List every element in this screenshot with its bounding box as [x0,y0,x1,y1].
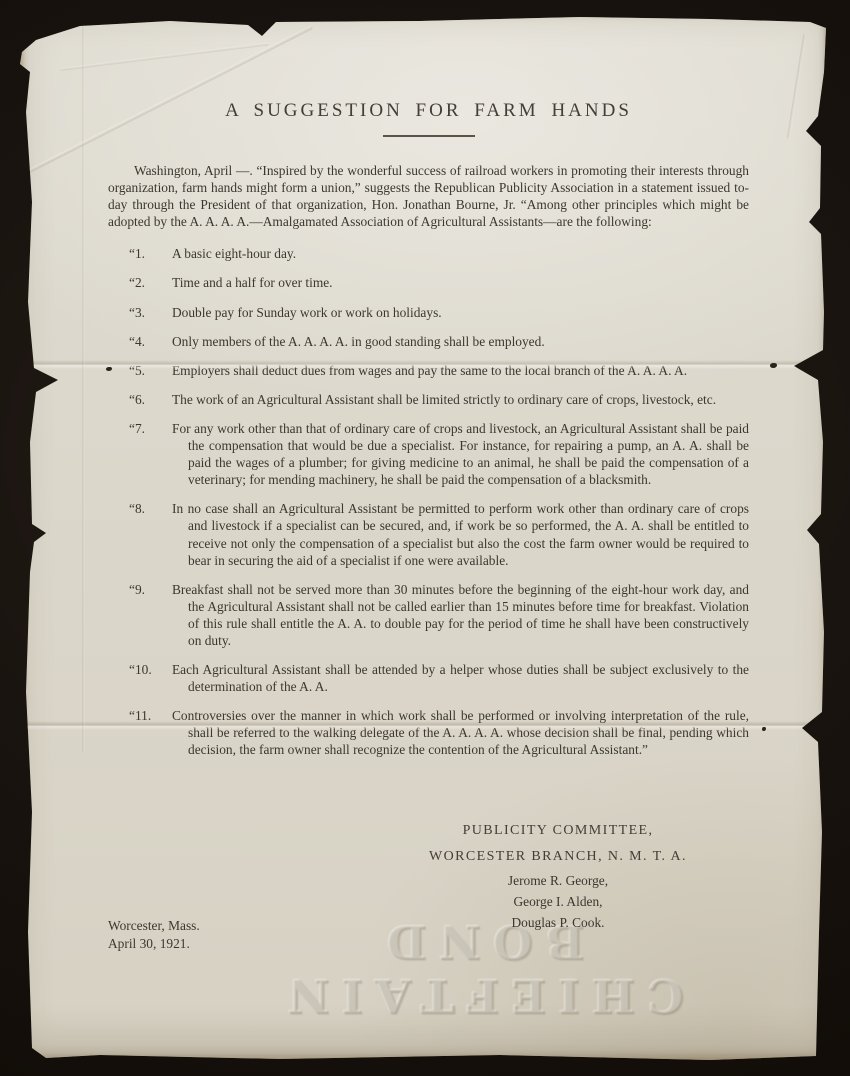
title-rule [383,135,475,137]
signatory-name: Jerome R. George, [393,870,723,891]
item-text: The work of an Agricultural Assistant sh… [172,391,749,408]
item-marker: “6. [108,391,172,408]
signature-block: PUBLICITY COMMITTEE, WORCESTER BRANCH, N… [393,818,723,933]
date-line: April 30, 1921. [108,935,200,953]
list-item: “7. For any work other than that of ordi… [108,420,749,488]
signature-committee: PUBLICITY COMMITTEE, [393,818,723,844]
list-item: “3. Double pay for Sunday work or work o… [108,304,749,321]
list-item: “1. A basic eight-hour day. [108,245,749,262]
list-item: “4. Only members of the A. A. A. A. in g… [108,333,749,350]
list-item: “2. Time and a half for over time. [108,274,749,291]
item-text: A basic eight-hour day. [172,245,749,262]
item-text: Only members of the A. A. A. A. in good … [172,333,749,350]
list-item: “5. Employers shall deduct dues from wag… [108,362,749,379]
item-text: Employers shall deduct dues from wages a… [172,362,749,379]
dateline: Worcester, Mass. April 30, 1921. [108,917,200,953]
item-marker: “4. [108,333,172,350]
list-item: “8. In no case shall an Agricultural Ass… [108,500,749,568]
item-marker: “9. [108,581,172,649]
item-marker: “3. [108,304,172,321]
list-item: “10. Each Agricultural Assistant shall b… [108,661,749,695]
place-line: Worcester, Mass. [108,917,200,935]
item-marker: “8. [108,500,172,568]
document-title: A SUGGESTION FOR FARM HANDS [108,100,749,122]
signatory-name: Douglas P. Cook. [393,912,723,933]
item-marker: “2. [108,274,172,291]
item-marker: “5. [108,362,172,379]
item-text: Each Agricultural Assistant shall be att… [172,661,749,695]
list-item: “9. Breakfast shall not be served more t… [108,581,749,649]
signatory-name: George I. Alden, [393,891,723,912]
list-item: “11. Controversies over the manner in wh… [108,707,749,758]
item-text: In no case shall an Agricultural Assista… [172,500,749,568]
document-content: A SUGGESTION FOR FARM HANDS Washington, … [20,12,828,771]
item-marker: “7. [108,420,172,488]
item-text: For any work other than that of ordinary… [172,420,749,488]
item-text: Time and a half for over time. [172,274,749,291]
item-text: Controversies over the manner in which w… [172,707,749,758]
list-item: “6. The work of an Agricultural Assistan… [108,391,749,408]
paper-sheet: CHIEFTAIN BOND A SUGGESTION FOR FARM HAN… [20,12,828,1060]
item-marker: “11. [108,707,172,758]
intro-paragraph: Washington, April —. “Inspired by the wo… [108,162,749,230]
item-text: Double pay for Sunday work or work on ho… [172,304,749,321]
item-marker: “10. [108,661,172,695]
signature-branch: WORCESTER BRANCH, N. M. T. A. [393,844,723,870]
item-marker: “1. [108,245,172,262]
rule-list: “1. A basic eight-hour day. “2. Time and… [108,245,749,758]
item-text: Breakfast shall not be served more than … [172,581,749,649]
